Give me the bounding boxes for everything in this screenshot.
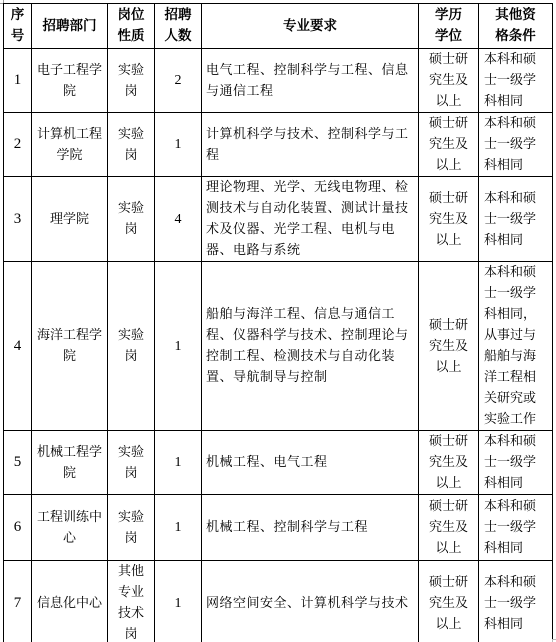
cell-position-type: 实验岗 (108, 49, 155, 113)
cell-index: 3 (4, 177, 32, 262)
header-other: 其他资 格条件 (479, 4, 553, 49)
cell-department: 信息化中心 (32, 561, 108, 642)
cell-other: 本科和硕士一级学科相同 (479, 561, 553, 642)
cell-position-type: 实验岗 (108, 177, 155, 262)
table-row: 6 工程训练中心 实验岗 1 机械工程、控制科学与工程 硕士研究生及以上 本科和… (4, 495, 553, 561)
cell-index: 2 (4, 113, 32, 177)
cell-index: 5 (4, 431, 32, 495)
cell-position-type: 实验岗 (108, 431, 155, 495)
header-other-line-2: 格条件 (483, 26, 548, 47)
cell-major: 船舶与海洋工程、信息与通信工程、仪器科学与技术、控制理论与控制工程、检测技术与自… (202, 262, 419, 431)
cell-position-type: 实验岗 (108, 262, 155, 431)
cell-headcount: 1 (155, 431, 202, 495)
header-position-type-line-1: 岗位 (112, 5, 150, 26)
cell-other: 本科和硕士一级学科相同 (479, 113, 553, 177)
cell-position-type: 实验岗 (108, 495, 155, 561)
table-header-row: 序 号 招聘部门 岗位 性质 招聘 人数 专业要求 学历 学位 其他资 (4, 4, 553, 49)
header-major-label: 专业要求 (206, 16, 414, 37)
cell-degree: 硕士研究生及以上 (419, 561, 479, 642)
cell-headcount: 4 (155, 177, 202, 262)
cell-index: 1 (4, 49, 32, 113)
cell-department: 电子工程学院 (32, 49, 108, 113)
table-row: 1 电子工程学院 实验岗 2 电气工程、控制科学与工程、信息与通信工程 硕士研究… (4, 49, 553, 113)
header-degree-line-1: 学历 (423, 5, 474, 26)
cell-major: 机械工程、电气工程 (202, 431, 419, 495)
cell-major: 电气工程、控制科学与工程、信息与通信工程 (202, 49, 419, 113)
cell-major: 机械工程、控制科学与工程 (202, 495, 419, 561)
cell-position-type: 实验岗 (108, 113, 155, 177)
cell-major: 计算机科学与技术、控制科学与工程 (202, 113, 419, 177)
cell-major: 网络空间安全、计算机科学与技术 (202, 561, 419, 642)
header-index-line-1: 序 (8, 5, 27, 26)
recruitment-table: 序 号 招聘部门 岗位 性质 招聘 人数 专业要求 学历 学位 其他资 (3, 3, 553, 642)
cell-degree: 硕士研究生及以上 (419, 495, 479, 561)
cell-department: 工程训练中心 (32, 495, 108, 561)
cell-index: 6 (4, 495, 32, 561)
header-headcount-line-2: 人数 (159, 26, 197, 47)
cell-degree: 硕士研究生及以上 (419, 177, 479, 262)
cell-major: 理论物理、光学、无线电物理、检测技术与自动化装置、测试计量技术及仪器、光学工程、… (202, 177, 419, 262)
table-row: 2 计算机工程学院 实验岗 1 计算机科学与技术、控制科学与工程 硕士研究生及以… (4, 113, 553, 177)
cell-other: 本科和硕士一级学科相同 (479, 49, 553, 113)
cell-degree: 硕士研究生及以上 (419, 431, 479, 495)
table-row: 7 信息化中心 其他专业技术岗 1 网络空间安全、计算机科学与技术 硕士研究生及… (4, 561, 553, 642)
cell-degree: 硕士研究生及以上 (419, 262, 479, 431)
cell-other: 本科和硕士一级学科相同 (479, 177, 553, 262)
table-row: 3 理学院 实验岗 4 理论物理、光学、无线电物理、检测技术与自动化装置、测试计… (4, 177, 553, 262)
header-index-line-2: 号 (8, 26, 27, 47)
header-degree-line-2: 学位 (423, 26, 474, 47)
header-major: 专业要求 (202, 4, 419, 49)
cell-headcount: 2 (155, 49, 202, 113)
cell-index: 7 (4, 561, 32, 642)
header-department-label: 招聘部门 (36, 16, 103, 37)
cell-degree: 硕士研究生及以上 (419, 49, 479, 113)
table-row: 5 机械工程学院 实验岗 1 机械工程、电气工程 硕士研究生及以上 本科和硕士一… (4, 431, 553, 495)
cell-headcount: 1 (155, 262, 202, 431)
cell-index: 4 (4, 262, 32, 431)
header-degree: 学历 学位 (419, 4, 479, 49)
table-row: 4 海洋工程学院 实验岗 1 船舶与海洋工程、信息与通信工程、仪器科学与技术、控… (4, 262, 553, 431)
cell-headcount: 1 (155, 561, 202, 642)
cell-headcount: 1 (155, 495, 202, 561)
cell-other: 本科和硕士一级学科相同，从事过与船舶与海洋工程相关研究或实验工作 (479, 262, 553, 431)
header-headcount-line-1: 招聘 (159, 5, 197, 26)
cell-department: 海洋工程学院 (32, 262, 108, 431)
cell-department: 机械工程学院 (32, 431, 108, 495)
header-other-line-1: 其他资 (483, 5, 548, 26)
cell-headcount: 1 (155, 113, 202, 177)
cell-other: 本科和硕士一级学科相同 (479, 495, 553, 561)
header-headcount: 招聘 人数 (155, 4, 202, 49)
cell-department: 理学院 (32, 177, 108, 262)
header-index: 序 号 (4, 4, 32, 49)
header-position-type: 岗位 性质 (108, 4, 155, 49)
cell-department: 计算机工程学院 (32, 113, 108, 177)
header-department: 招聘部门 (32, 4, 108, 49)
cell-degree: 硕士研究生及以上 (419, 113, 479, 177)
cell-position-type: 其他专业技术岗 (108, 561, 155, 642)
cell-other: 本科和硕士一级学科相同 (479, 431, 553, 495)
header-position-type-line-2: 性质 (112, 26, 150, 47)
